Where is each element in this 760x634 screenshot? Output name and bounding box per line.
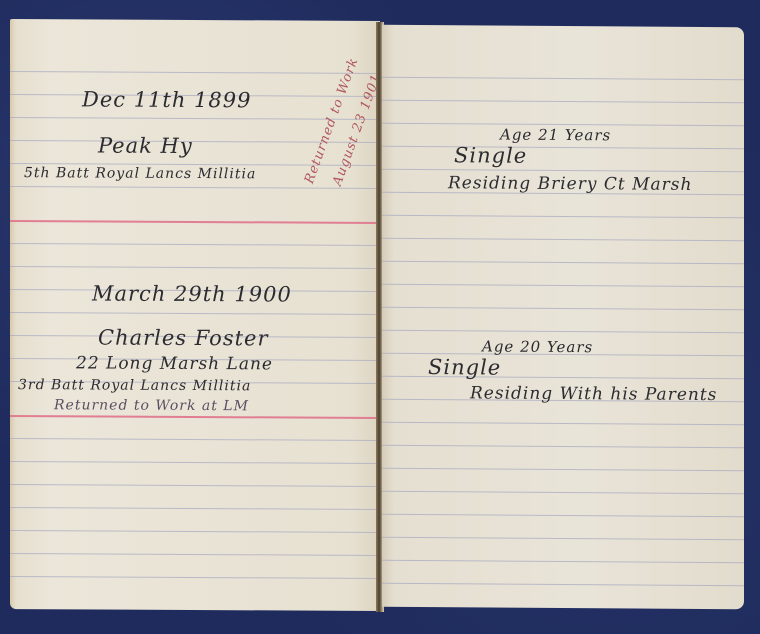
ruled-line [10,312,380,315]
red-margin-line [10,415,380,419]
entry2-name: Charles Foster [98,325,269,350]
ruled-line [382,560,744,564]
entry2-note: Returned to Work at LM [54,397,249,414]
ruled-line [382,77,744,81]
ruled-line [10,553,380,556]
ruled-line [10,461,380,464]
entry1-date: Dec 11th 1899 [82,87,252,112]
entry1-age: Age 21 Years [500,126,611,145]
ruled-line [382,422,744,426]
entry2-date: March 29th 1900 [92,281,292,306]
ruled-line [382,215,744,219]
ruled-line [382,468,744,472]
left-page: Dec 11th 1899 Peak Hy 5th Batt Royal Lan… [10,19,380,611]
right-page: Age 21 Years Single Residing Briery Ct M… [382,25,744,610]
entry2-residence: Residing With his Parents [470,383,717,405]
entry1-status: Single [454,143,527,168]
ruled-line [10,266,380,269]
ruled-line [10,186,380,189]
ruled-line [382,445,744,449]
ruled-line [382,537,744,541]
ruled-line [382,307,744,311]
ruled-line [382,146,744,150]
entry2-unit: 3rd Batt Royal Lancs Millitia [18,377,251,394]
ruled-line [10,576,380,579]
ruled-line [382,261,744,265]
red-margin-line [10,220,380,224]
ruled-line [382,238,744,242]
ruled-line [10,438,380,441]
ruled-line [10,243,380,246]
ruled-line [382,330,744,334]
ruled-line [382,284,744,288]
ruled-line [382,491,744,495]
ruled-line [10,71,380,74]
entry1-residence: Residing Briery Ct Marsh [448,173,692,195]
ruled-line [10,507,380,510]
entry2-status: Single [428,355,501,380]
entry2-age: Age 20 Years [482,337,593,356]
ruled-line [382,169,744,173]
entry1-name: Peak Hy [98,133,193,157]
ruled-line [10,530,380,533]
entry2-address: 22 Long Marsh Lane [76,353,273,374]
ruled-line [382,583,744,587]
ruled-line [382,100,744,104]
ruled-line [382,514,744,518]
ruled-line [10,484,380,487]
entry1-unit: 5th Batt Royal Lancs Millitia [24,165,256,182]
